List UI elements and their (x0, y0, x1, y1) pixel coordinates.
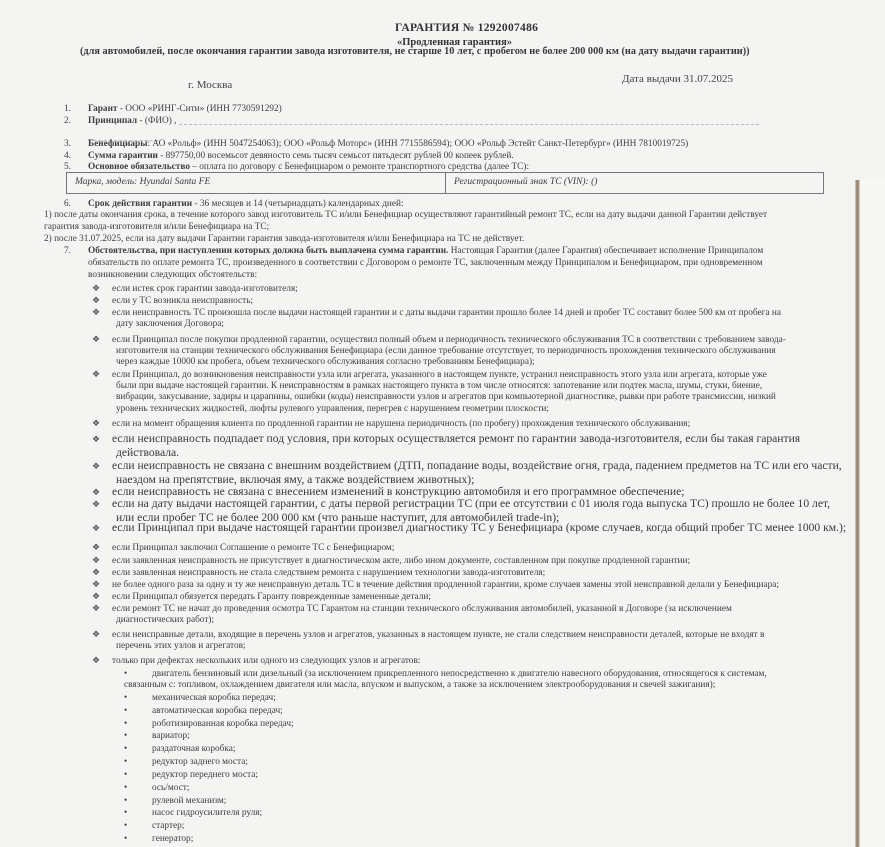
component-item-continuation: связанным с: топливом, охлаждением двига… (124, 680, 715, 692)
dot-bullet-icon: • (124, 743, 152, 755)
vehicle-info-box: Марка, модель: Hyundai Santa FE Регистра… (66, 172, 824, 194)
issue-date: Дата выдачи 31.07.2025 (622, 73, 733, 85)
vehicle-model: Марка, модель: Hyundai Santa FE (67, 173, 446, 193)
circumstances-line-2: обязательств по оплате ремонта ТС, произ… (88, 258, 763, 270)
condition-item: ❖если неисправность не связана с внешним… (92, 459, 842, 473)
dot-bullet-icon: • (124, 718, 152, 730)
circumstances-line-3: возникновении следующих обстоятельств: (88, 270, 257, 282)
component-item: •ось/мост; (124, 782, 189, 795)
diamond-bullet-icon: ❖ (92, 418, 112, 430)
condition-item: ❖если заявленная неисправность не присут… (92, 555, 690, 568)
condition-item: ❖если истек срок гарантии завода-изготов… (92, 283, 298, 296)
dot-bullet-icon: • (124, 668, 152, 680)
condition-item: ❖не более одного раза за одну и ту же не… (92, 579, 779, 592)
component-item: •вариатор; (124, 730, 190, 743)
condition-item-continuation: были при выдаче настоящей гарантии. К не… (116, 381, 762, 393)
condition-item-continuation: уровень технических жидкостей, люфты рул… (116, 404, 549, 416)
diamond-bullet-icon: ❖ (92, 283, 112, 295)
dot-bullet-icon: • (124, 807, 152, 819)
condition-item: ❖только при дефектах нескольких или одно… (92, 655, 420, 668)
component-item: •редуктор переднего моста; (124, 769, 258, 782)
document-scope: (для автомобилей, после окончания гарант… (80, 46, 750, 57)
diamond-bullet-icon: ❖ (92, 579, 112, 591)
diamond-bullet-icon: ❖ (92, 497, 112, 511)
diamond-bullet-icon: ❖ (92, 369, 112, 381)
clause-amount: 4.Сумма гарантии - 897750,00 восемьсот д… (64, 151, 514, 163)
document-title: ГАРАНТИЯ № 1292007486 (395, 22, 538, 34)
condition-item: ❖если Принципал обязуется передать Гаран… (92, 591, 431, 604)
dot-bullet-icon: • (124, 782, 152, 794)
condition-item-continuation: вибрации, закусывание, задиры и царапины… (116, 392, 776, 404)
diamond-bullet-icon: ❖ (92, 591, 112, 603)
condition-item-continuation: действовала. (116, 446, 179, 460)
diamond-bullet-icon: ❖ (92, 432, 112, 446)
condition-item: ❖если Принципал при выдаче настоящей гар… (92, 521, 846, 535)
diamond-bullet-icon: ❖ (92, 603, 112, 615)
diamond-bullet-icon: ❖ (92, 629, 112, 641)
diamond-bullet-icon: ❖ (92, 555, 112, 567)
condition-item-continuation: изготовителя на станции технического обс… (116, 346, 776, 358)
term-item-1b: гарантия завода-изготовителя и/или Бенеф… (44, 222, 269, 234)
clause-circumstances: 7.Обстоятельства, при наступлении которы… (64, 246, 763, 258)
diamond-bullet-icon: ❖ (92, 334, 112, 346)
condition-item-continuation: через каждые 10000 км пробега, объем тех… (116, 357, 535, 369)
condition-item: ❖если заявленная неисправность не стала … (92, 567, 545, 580)
condition-item: ❖если у ТС возникла неисправность; (92, 295, 253, 308)
diamond-bullet-icon: ❖ (92, 542, 112, 554)
dot-bullet-icon: • (124, 833, 152, 845)
clause-guarantor: 1.Гарант - ООО «РИНГ-Сити» (ИНН 77305912… (64, 104, 282, 116)
condition-item: ❖если неисправность подпадает под услови… (92, 432, 800, 446)
component-item: •автоматическая коробка передач; (124, 705, 283, 718)
condition-item-continuation: перечень этих узлов и агрегатов; (116, 641, 246, 653)
redacted-name (179, 116, 759, 125)
diamond-bullet-icon: ❖ (92, 459, 112, 473)
component-item: •редуктор заднего моста; (124, 756, 248, 769)
component-item: •насос гидроусилителя руля; (124, 807, 262, 820)
term-item-1a: 1) после даты окончания срока, в течение… (44, 210, 767, 222)
condition-item: ❖если на момент обращения клиента по про… (92, 418, 690, 431)
condition-item-continuation: дату заключения Договора; (116, 319, 224, 331)
diamond-bullet-icon: ❖ (92, 521, 112, 535)
component-item: •роботизированная коробка передач; (124, 718, 294, 731)
vehicle-registration: Регистрационный знак ТС (VIN): () (446, 173, 605, 193)
diamond-bullet-icon: ❖ (92, 295, 112, 307)
dot-bullet-icon: • (124, 795, 152, 807)
dot-bullet-icon: • (124, 705, 152, 717)
component-item: •рулевой механизм; (124, 795, 226, 808)
warranty-document: ГАРАНТИЯ № 1292007486 «Продленная гарант… (0, 0, 885, 847)
condition-item-continuation: диагностических работ); (116, 615, 214, 627)
clause-beneficiaries: 3.Бенефициары: АО «Рольф» (ИНН 504725406… (64, 139, 688, 151)
dot-bullet-icon: • (124, 756, 152, 768)
dot-bullet-icon: • (124, 692, 152, 704)
diamond-bullet-icon: ❖ (92, 307, 112, 319)
condition-item: ❖если на дату выдачи настоящей гарантии,… (92, 497, 830, 511)
dot-bullet-icon: • (124, 820, 152, 832)
dot-bullet-icon: • (124, 730, 152, 742)
component-item: •механическая коробка передач; (124, 692, 276, 705)
component-item: •генератор; (124, 833, 193, 846)
clause-term: 6.Срок действия гарантии - 36 месяцев и … (64, 199, 404, 211)
term-item-2: 2) после 31.07.2025, если на дату выдачи… (44, 234, 524, 246)
diamond-bullet-icon: ❖ (92, 655, 112, 667)
component-item: •стартер; (124, 820, 184, 833)
component-item: •раздаточная коробка; (124, 743, 235, 756)
city: г. Москва (188, 79, 232, 91)
diamond-bullet-icon: ❖ (92, 567, 112, 579)
clause-principal: 2.Принципал - (ФИО) , (64, 116, 759, 128)
condition-item: ❖если Принципал заключил Соглашение о ре… (92, 542, 394, 555)
dot-bullet-icon: • (124, 769, 152, 781)
